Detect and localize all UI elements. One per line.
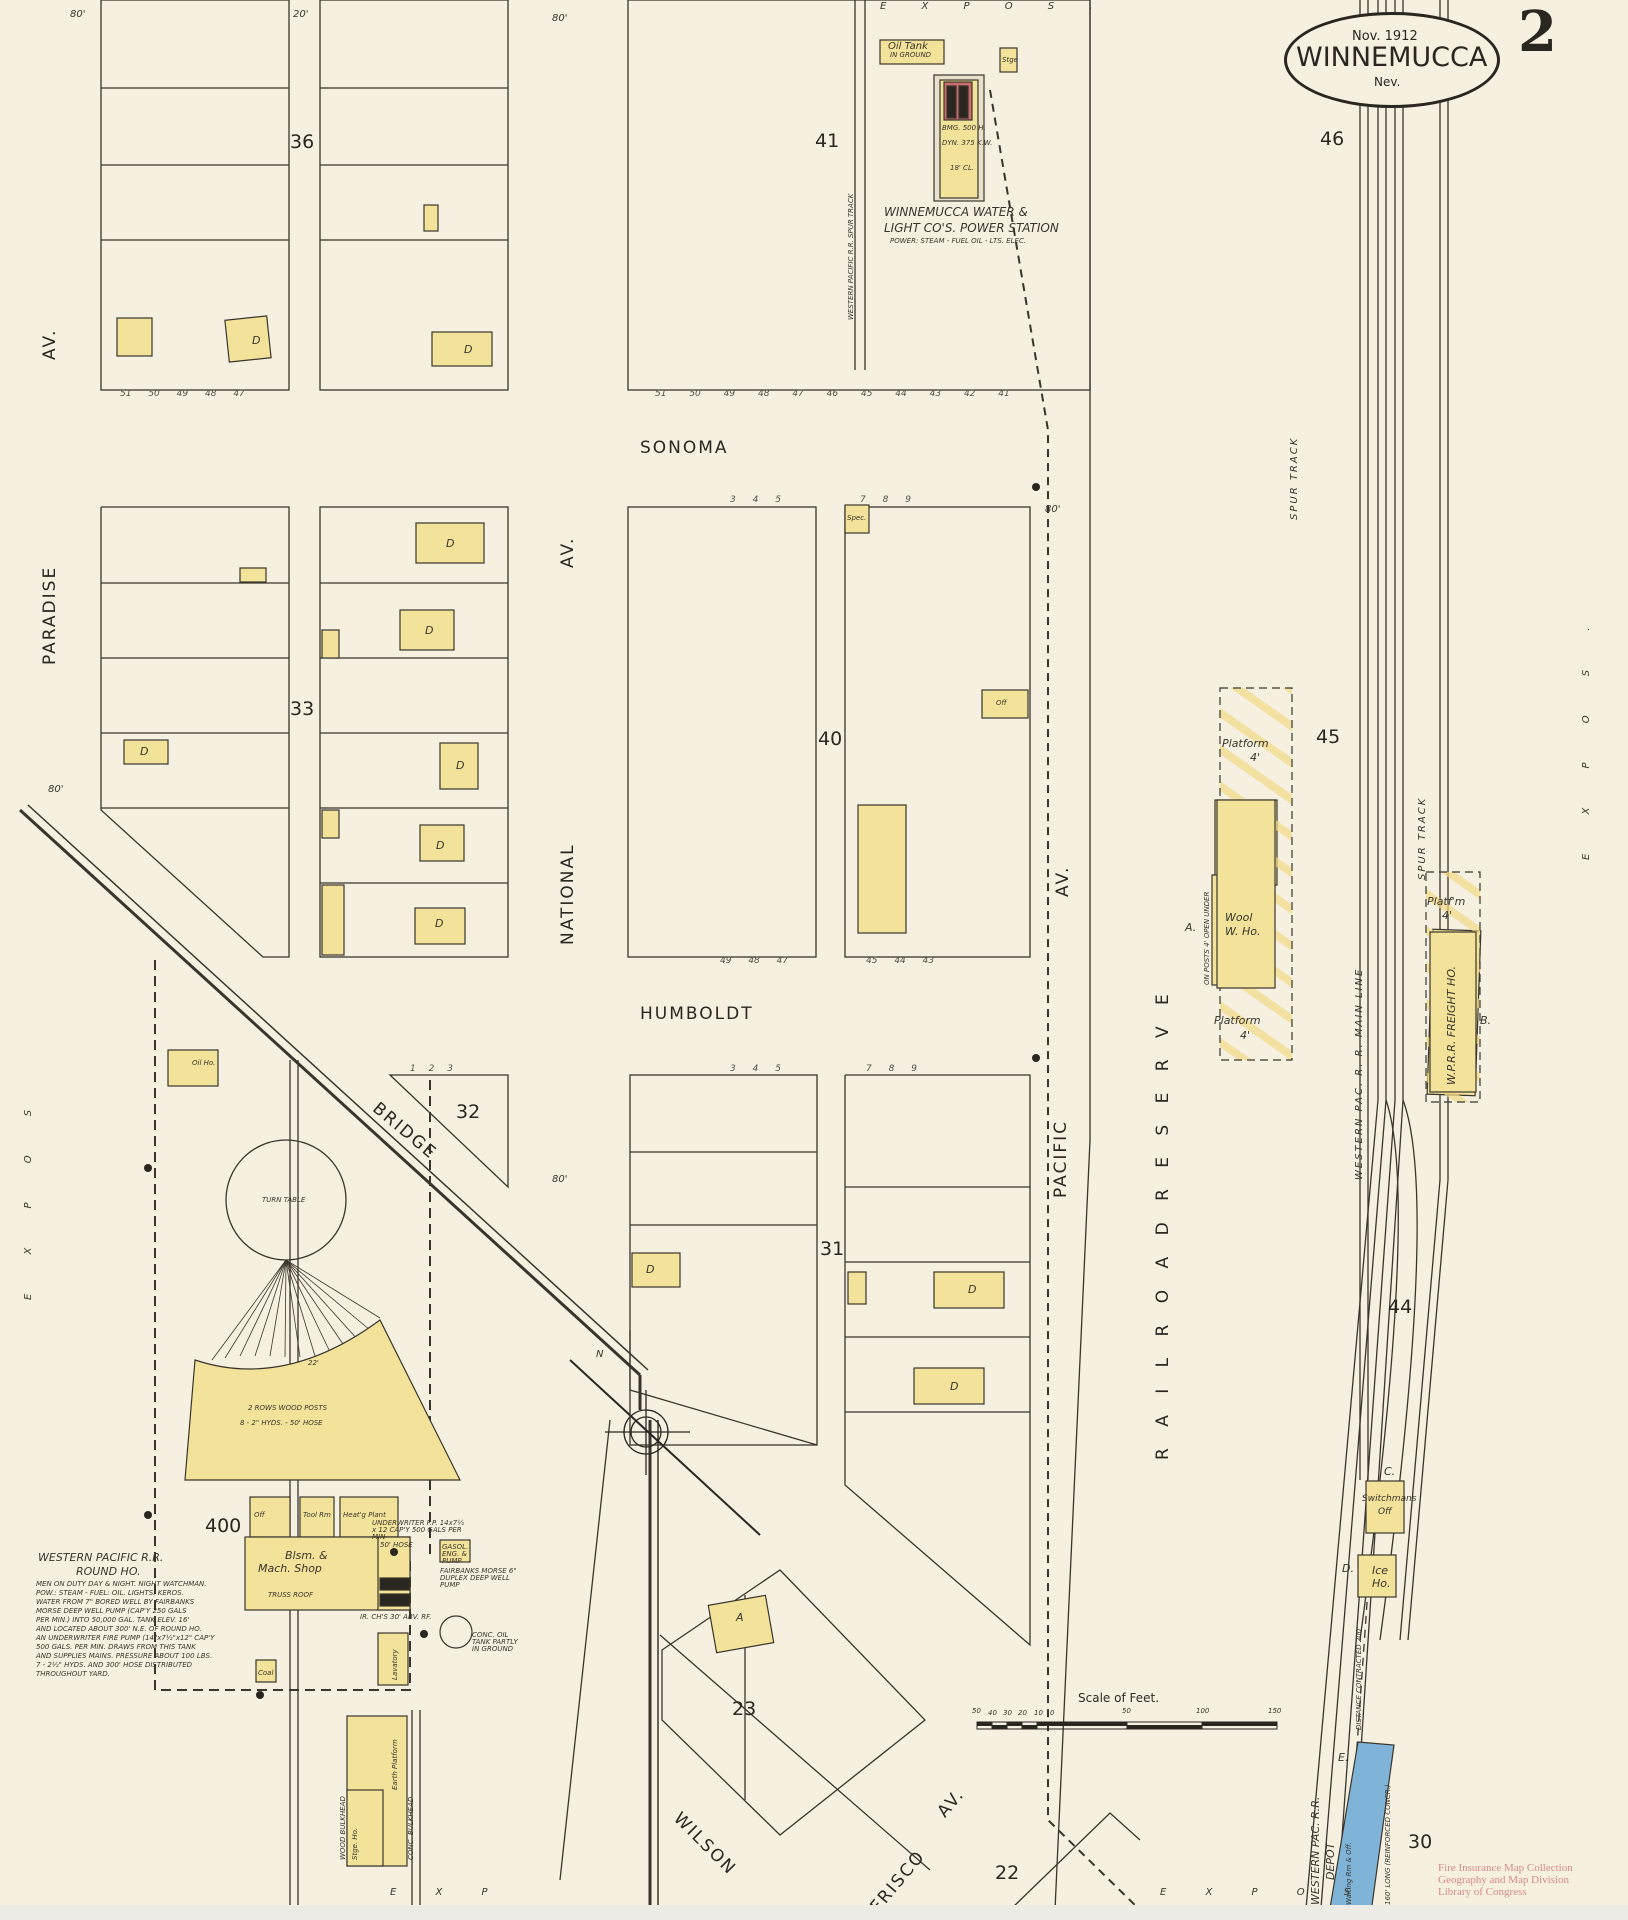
lot-number: 51 xyxy=(655,389,666,399)
lot-number: 8 xyxy=(889,1064,895,1074)
dwelling-label: D xyxy=(464,344,472,355)
power-station-note: POWER: STEAM - FUEL OIL - LTS. ELEC. xyxy=(890,238,1026,245)
stamp-line: Library of Congress xyxy=(1438,1886,1573,1898)
lavatory-label: Lavatory xyxy=(392,1649,399,1680)
wp-spur-track-label: WESTERN PACIFIC R.R. SPUR TRACK xyxy=(848,194,855,320)
platform-freight-label: Platf'm xyxy=(1427,896,1465,907)
lot-numbers-row: 7 8 9 xyxy=(866,1065,917,1074)
ice-house-ho: Ho. xyxy=(1372,1578,1391,1589)
power-station-name-2: LIGHT CO'S. POWER STATION xyxy=(884,222,1059,234)
lot-number: 8 xyxy=(883,495,889,505)
roundhouse-note: MORSE DEEP WELL PUMP (CAP'Y 250 GALS xyxy=(36,1607,214,1616)
alley-width: 20' xyxy=(293,10,308,20)
lot-numbers-row: 51 50 49 48 47 46 45 44 43 42 41 xyxy=(655,390,1010,399)
lot-number: 50 xyxy=(689,389,700,399)
ice-house-label: Ice xyxy=(1372,1565,1388,1576)
dwelling-label: D xyxy=(968,1284,976,1295)
lot-number: 47 xyxy=(777,956,788,966)
letter-b: B. xyxy=(1480,1015,1491,1026)
dwelling-label: D xyxy=(446,538,454,549)
street-width: 80' xyxy=(1045,505,1060,515)
roundhouse-inner-2: 8 - 2" HYDS. - 50' HOSE xyxy=(240,1420,323,1427)
main-line-label: WESTERN PAC. R. R. MAIN LINE xyxy=(1355,968,1365,1180)
spur-track-label-1: SPUR TRACK xyxy=(1290,437,1300,520)
scale-tick: 50 xyxy=(1122,1708,1131,1715)
depot-note: 160' LONG (REINFORCED CONCR.) xyxy=(1385,1784,1392,1905)
street-humboldt: HUMBOLDT xyxy=(640,1006,754,1023)
letter-a: A. xyxy=(1185,922,1196,933)
street-pacific: PACIFIC xyxy=(1053,1120,1070,1198)
lot-number: 49 xyxy=(177,389,188,399)
scale-tick: 100 xyxy=(1196,1708,1209,1715)
expos-right: E X P O S . xyxy=(1582,610,1592,861)
block-40: 40 xyxy=(818,730,842,749)
garage-label: A xyxy=(736,1612,744,1623)
lot-numbers-row: 51 50 49 48 47 xyxy=(120,390,245,399)
roundhouse-inner: 2 ROWS WOOD POSTS xyxy=(248,1405,327,1412)
letter-c: C. xyxy=(1384,1466,1395,1477)
roundhouse-notes: MEN ON DUTY DAY & NIGHT. NIGHT WATCHMAN.… xyxy=(36,1580,214,1679)
turn-table-label: TURN TABLE xyxy=(262,1197,305,1204)
roundhouse-note: MEN ON DUTY DAY & NIGHT. NIGHT WATCHMAN. xyxy=(36,1580,214,1589)
distance-note: DISTANCE CONTRACTED 200' xyxy=(1356,1627,1363,1730)
lot-numbers-row: 3 4 5 xyxy=(730,496,781,505)
sheet-number: 2 xyxy=(1518,4,1557,60)
platform-freight-height: 4' xyxy=(1442,910,1452,921)
scale-tick: 30 xyxy=(1003,1710,1012,1717)
switchmans-office-off: Off xyxy=(1378,1508,1392,1517)
platform-bottom-height: 4' xyxy=(1240,1030,1250,1041)
lot-number: 47 xyxy=(792,389,803,399)
lot-number: 1 xyxy=(410,1064,416,1074)
roundhouse-note: WATER FROM 7" BORED WELL BY FAIRBANKS xyxy=(36,1598,214,1607)
heating-plant-label: Heat'g Plant xyxy=(343,1512,386,1519)
lot-number: 9 xyxy=(905,495,911,505)
library-of-congress-stamp: Fire Insurance Map Collection Geography … xyxy=(1438,1862,1573,1898)
dwelling-label: D xyxy=(435,918,443,929)
dwelling-label: D xyxy=(436,840,444,851)
wool-warehouse-note: ON POSTS 4' OPEN UNDER xyxy=(1204,892,1211,985)
wood-bulkhead-label: WOOD BULKHEAD xyxy=(340,1796,347,1860)
stamp-line: Fire Insurance Map Collection xyxy=(1438,1862,1573,1874)
street-national: NATIONAL xyxy=(560,843,577,945)
spur-track-label-2: SPUR TRACK xyxy=(1418,797,1428,880)
oil-house-label: Oil Ho. xyxy=(192,1060,215,1067)
dwelling-label: D xyxy=(425,625,433,636)
street-width: 80' xyxy=(48,785,63,795)
tool-room-label: Tool Rm xyxy=(303,1512,331,1519)
roundhouse-note: AND LOCATED ABOUT 300' N.E. OF ROUND HO. xyxy=(36,1625,214,1634)
street-national-av: AV. xyxy=(560,537,577,568)
lot-number: 5 xyxy=(775,1064,781,1074)
street-width: 80' xyxy=(552,14,567,24)
lot-number: 47 xyxy=(233,389,244,399)
roundhouse-note: THROUGHOUT YARD. xyxy=(36,1670,214,1679)
street-width: 80' xyxy=(552,1175,567,1185)
wool-warehouse-label-2: W. Ho. xyxy=(1225,926,1260,937)
street-pacific-av: AV. xyxy=(1055,866,1072,897)
oil-tank-sub: IN GROUND xyxy=(890,52,931,59)
power-station-name: WINNEMUCCA WATER & xyxy=(884,206,1028,218)
block-45: 45 xyxy=(1316,728,1340,747)
gasoline-engine-label: GASOL. ENG. & PUMP xyxy=(442,1544,470,1565)
blacksmith-label: Blsm. & xyxy=(285,1550,328,1561)
block-400: 400 xyxy=(205,1517,241,1536)
platform-top-label: Platform xyxy=(1222,738,1269,749)
roundhouse-note: AND SUPPLIES MAINS. PRESSURE ABOUT 100 L… xyxy=(36,1652,214,1661)
street-sonoma: SONOMA xyxy=(640,440,729,457)
roundhouse-note: AN UNDERWRITER FIRE PUMP (14"x7½"x12" CA… xyxy=(36,1634,214,1643)
fire-pump-note: UNDERWRITER F.P. 14x7½ x 12 CAP'Y 500 GA… xyxy=(372,1520,468,1541)
scale-title: Scale of Feet. xyxy=(1078,1692,1159,1704)
lot-number: 2 xyxy=(429,1064,435,1074)
lot-number: 43 xyxy=(930,389,941,399)
map-state: Nev. xyxy=(1374,76,1400,88)
expos-bottom-right: E X P O S xyxy=(1160,1888,1368,1898)
office-label: Off xyxy=(254,1512,265,1519)
dwelling-label: D xyxy=(252,335,260,346)
lot-number: 43 xyxy=(923,956,934,966)
block-23: 23 xyxy=(732,1700,756,1719)
block-36: 36 xyxy=(290,133,314,152)
block-22: 22 xyxy=(995,1864,1019,1883)
office-small-label: Off xyxy=(996,700,1007,707)
block-44: 44 xyxy=(1388,1298,1412,1317)
dwelling-label: D xyxy=(456,760,464,771)
street-width: 80' xyxy=(70,10,85,20)
roundhouse-height: 22' xyxy=(308,1360,319,1367)
lot-number: 45 xyxy=(861,389,872,399)
scale-tick: 40 xyxy=(988,1710,997,1717)
lot-numbers-row: 1 2 3 xyxy=(410,1065,453,1074)
dwelling-label: D xyxy=(950,1381,958,1392)
lot-number: 46 xyxy=(827,389,838,399)
truss-roof-label: TRUSS ROOF xyxy=(268,1592,313,1599)
expos-bottom: E X P xyxy=(390,1888,506,1898)
roundhouse-note: POW.: STEAM - FUEL: OIL. LIGHTS: KEROS. xyxy=(36,1589,214,1598)
scan-bottom-edge xyxy=(0,1905,1628,1920)
scale-tick: 10 xyxy=(1034,1710,1043,1717)
wool-warehouse-label: Wool xyxy=(1225,912,1252,923)
block-32: 32 xyxy=(456,1103,480,1122)
roundhouse-title-2: ROUND HO. xyxy=(76,1566,141,1577)
lot-number: 44 xyxy=(894,956,905,966)
compass-north-icon: N xyxy=(596,1350,603,1360)
letter-d: D. xyxy=(1342,1563,1354,1574)
storage-label: Stge xyxy=(1002,57,1018,64)
fairbanks-note: FAIRBANKS MORSE 6" DUPLEX DEEP WELL PUMP xyxy=(440,1568,520,1589)
power-station-dyn: DYN. 375 K.W. xyxy=(942,140,992,147)
lot-number: 45 xyxy=(866,956,877,966)
block-30: 30 xyxy=(1408,1833,1432,1852)
lot-number: 4 xyxy=(753,495,759,505)
map-city: WINNEMUCCA xyxy=(1296,44,1487,71)
lot-numbers-row: 7 8 9 xyxy=(860,496,911,505)
depot-rooms: Waiting Rm & Off. xyxy=(1346,1842,1353,1905)
street-paradise: PARADISE xyxy=(42,566,59,665)
power-station-boiler: BMG. 500 H. xyxy=(942,125,986,132)
depot-label-2: DEPOT xyxy=(1325,1843,1336,1880)
earth-platform-label: Earth Platform xyxy=(392,1739,399,1790)
lot-number: 42 xyxy=(964,389,975,399)
lot-number: 41 xyxy=(998,389,1009,399)
lot-number: 7 xyxy=(860,495,866,505)
roundhouse-title: WESTERN PACIFIC R.R. xyxy=(38,1552,163,1563)
machine-shop-label: Mach. Shop xyxy=(258,1563,322,1574)
roundhouse-note: 7 - 2½" HYDS. AND 300' HOSE DISTRIBUTED xyxy=(36,1661,214,1670)
street-paradise-av: AV. xyxy=(42,329,59,360)
stamp-line: Geography and Map Division xyxy=(1438,1874,1573,1886)
railroad-reserve: R A I L R O A D R E S E R V E xyxy=(1155,986,1172,1460)
expos-top: E X P O S . xyxy=(880,2,1109,12)
lot-numbers-row: 49 48 47 xyxy=(720,957,788,966)
lot-number: 3 xyxy=(730,1064,736,1074)
spec-label: Spec. xyxy=(847,515,866,522)
lot-number: 9 xyxy=(911,1064,917,1074)
sanborn-map-sheet: Nov. 1912 WINNEMUCCA Nev. 2 PARADISE AV.… xyxy=(0,0,1628,1920)
storage-house-label: Stge. Ho. xyxy=(352,1828,359,1860)
lot-number: 4 xyxy=(753,1064,759,1074)
scale-tick: 20 xyxy=(1018,1710,1027,1717)
block-31: 31 xyxy=(820,1240,844,1259)
block-41: 41 xyxy=(815,132,839,151)
lot-number: 48 xyxy=(205,389,216,399)
lot-number: 48 xyxy=(758,389,769,399)
hose-label: 50' HOSE xyxy=(380,1542,413,1549)
lot-number: 49 xyxy=(720,956,731,966)
map-linework xyxy=(0,0,1628,1920)
coal-label: Coal xyxy=(258,1670,273,1677)
block-46: 46 xyxy=(1320,130,1344,149)
scale-tick: 0 xyxy=(1050,1710,1054,1717)
dwelling-label: D xyxy=(140,746,148,757)
block-33: 33 xyxy=(290,700,314,719)
concrete-bulkhead-label: CONC. BULKHEAD xyxy=(408,1797,415,1860)
lot-number: 51 xyxy=(120,389,131,399)
lot-number: 48 xyxy=(748,956,759,966)
lot-number: 3 xyxy=(730,495,736,505)
scale-tick: 150 xyxy=(1268,1708,1281,1715)
power-station-height: 18' CL. xyxy=(950,165,974,172)
switchmans-office-label: Switchmans xyxy=(1362,1495,1416,1504)
lot-number: 3 xyxy=(447,1064,453,1074)
lot-number: 49 xyxy=(724,389,735,399)
lot-number: 7 xyxy=(866,1064,872,1074)
roundhouse-note: PER MIN.) INTO 50,000 GAL. TANK ELEV. 16… xyxy=(36,1616,214,1625)
platform-bottom-label: Platform xyxy=(1214,1015,1261,1026)
lot-numbers-row: 45 44 43 xyxy=(866,957,934,966)
lot-number: 50 xyxy=(148,389,159,399)
scale-tick: 50 xyxy=(972,1708,981,1715)
depot-label: WESTERN PAC. R.R. xyxy=(1310,1797,1321,1905)
concrete-oil-tank-note: CONC. OIL TANK PARTLY IN GROUND xyxy=(472,1632,527,1653)
dwelling-label: D xyxy=(646,1264,654,1275)
platform-top-height: 4' xyxy=(1250,752,1260,763)
roundhouse-note: 500 GALS. PER MIN. DRAWS FROM THIS TANK xyxy=(36,1643,214,1652)
chimneys-note: IR. CH'S 30' ABV. RF. xyxy=(360,1614,431,1621)
lot-number: 5 xyxy=(775,495,781,505)
freight-house-label: W.P.R.R. FREIGHT HO. xyxy=(1446,966,1457,1085)
letter-e: E. xyxy=(1338,1752,1348,1763)
lot-numbers-row: 3 4 5 xyxy=(730,1065,781,1074)
lot-number: 44 xyxy=(895,389,906,399)
expos-left: E X P O S xyxy=(24,1092,34,1300)
